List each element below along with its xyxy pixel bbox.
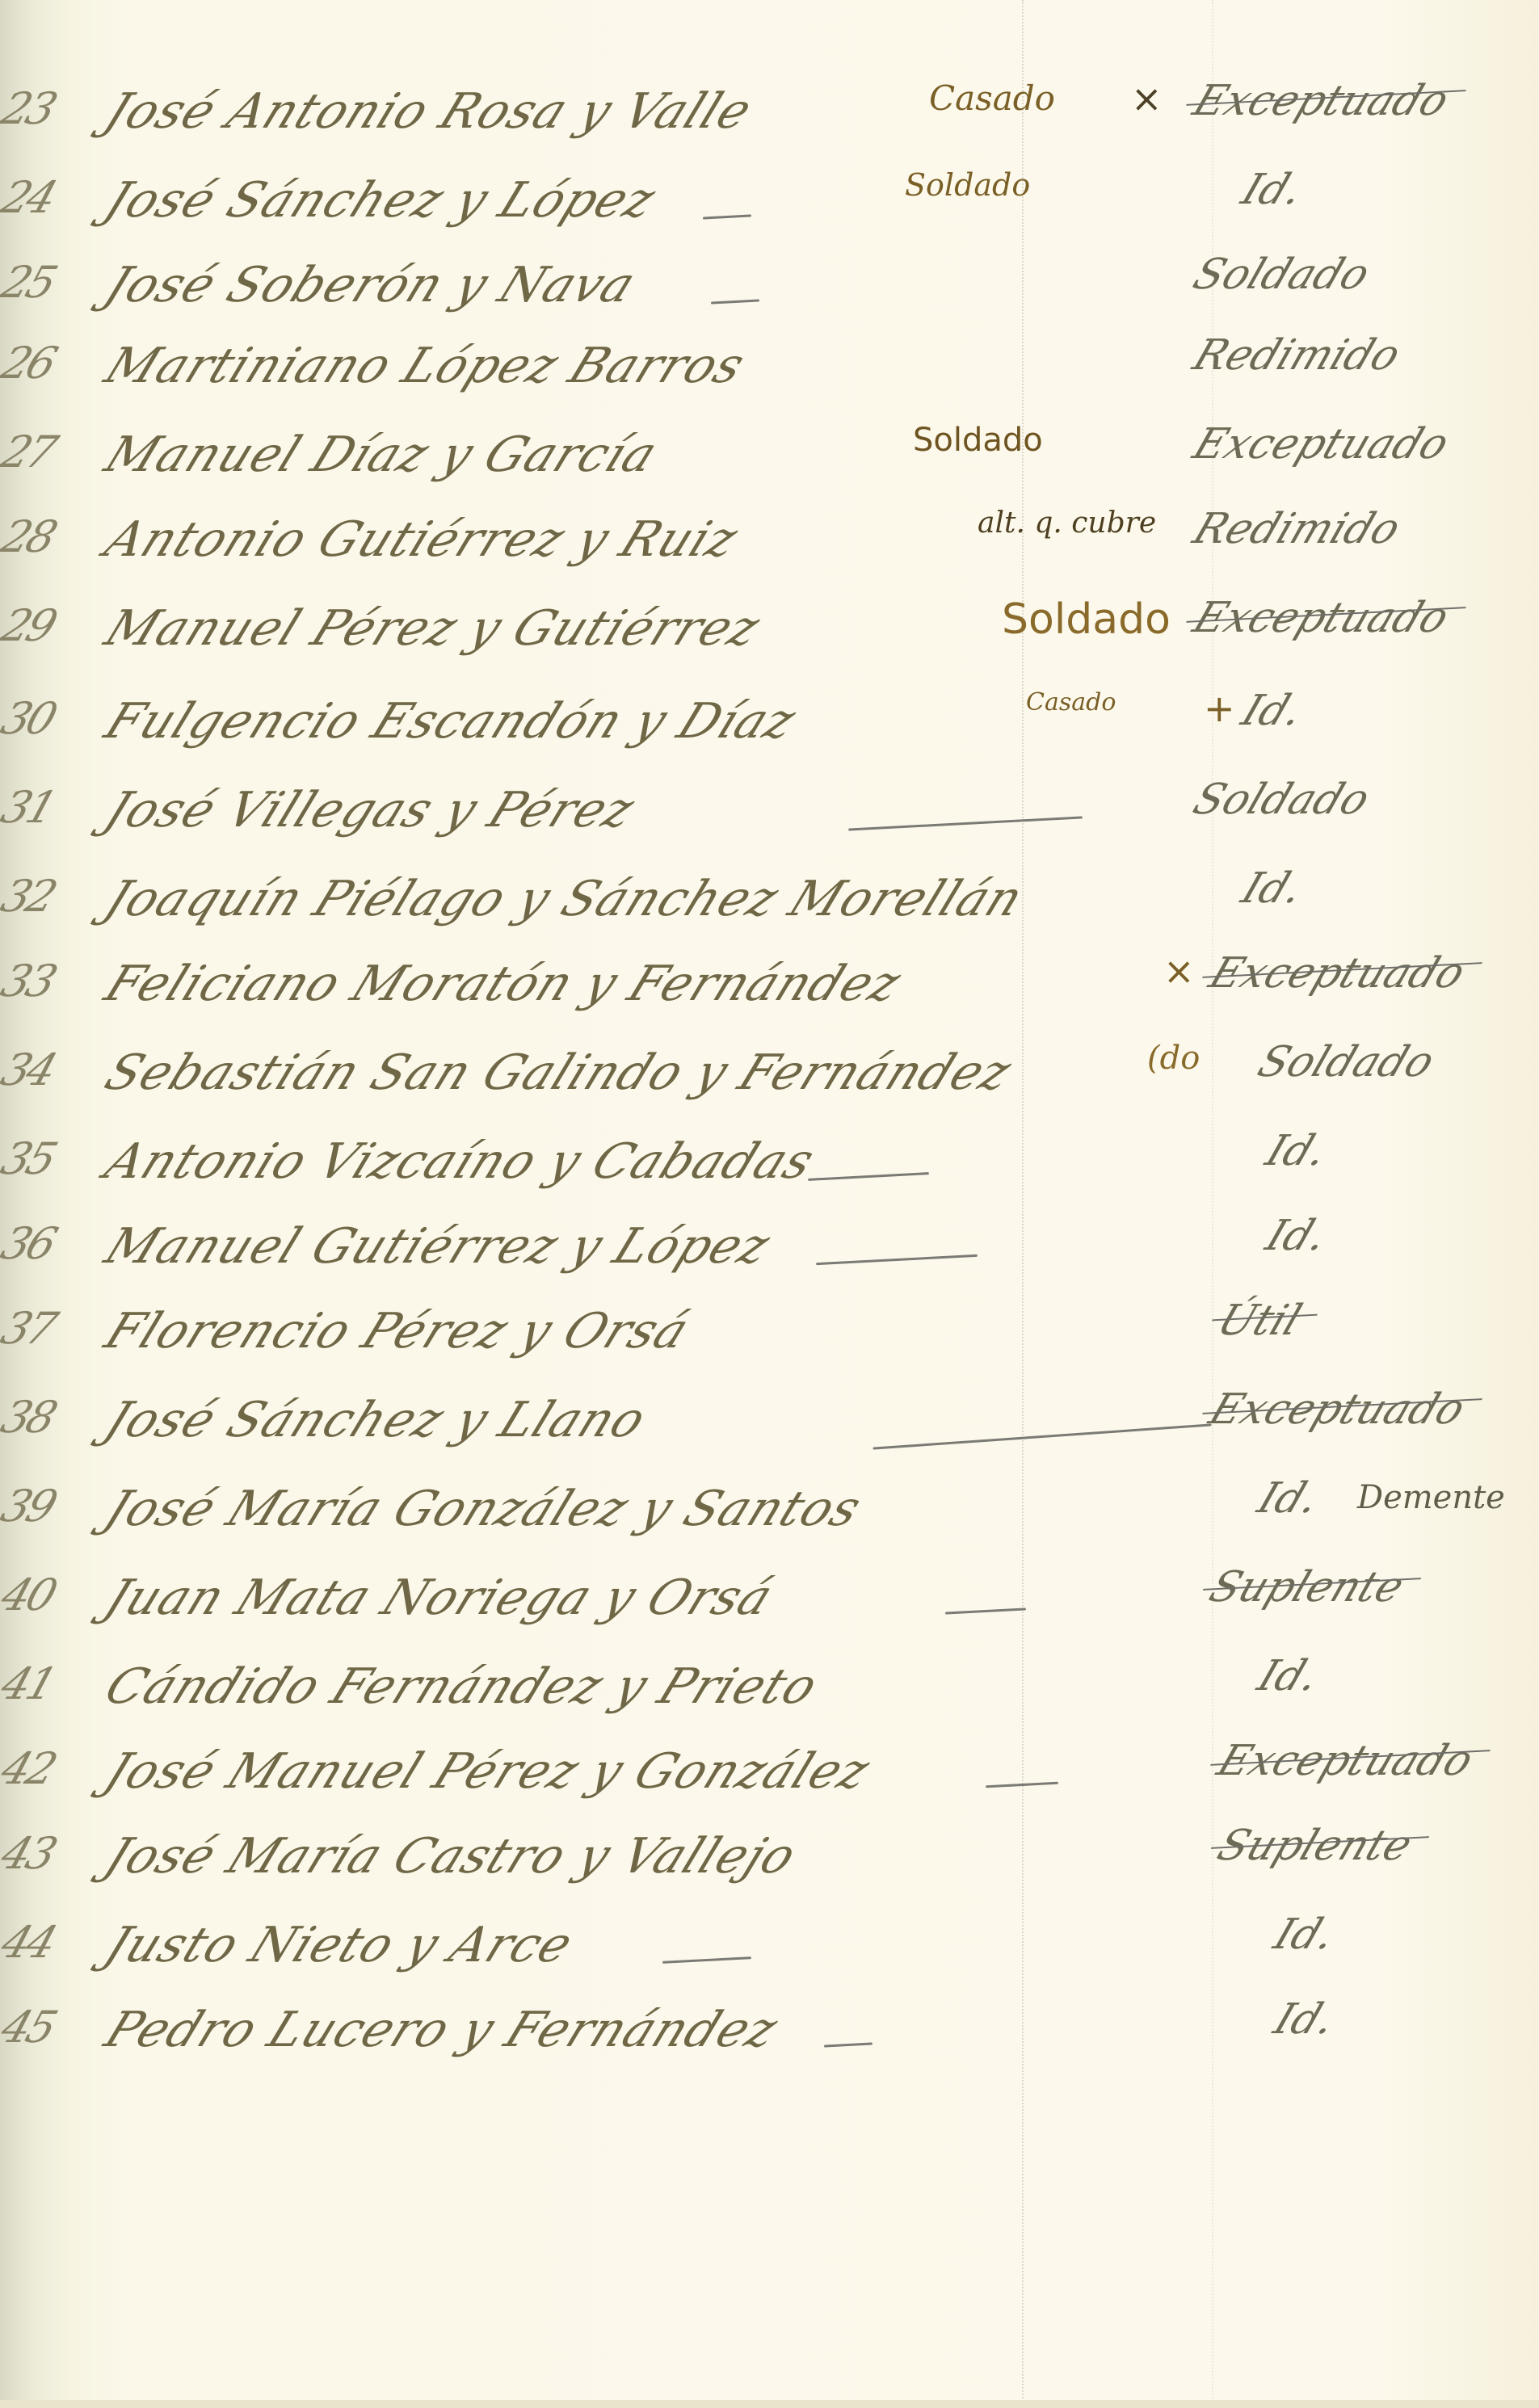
register-entry: 35 Antonio Vizcaíno y Cabadas Id.: [0, 1127, 1539, 1208]
entry-annotation: (do: [1147, 1040, 1200, 1077]
entry-annotation: alt. q. cubre: [978, 506, 1156, 540]
entry-status: Id.: [1259, 1212, 1334, 1260]
register-entry: 27 Manuel Díaz y García Soldado Exceptua…: [0, 420, 1539, 501]
entry-status: Id.: [1259, 1127, 1334, 1175]
register-entry: 40 Juan Mata Noriega y Orsá Suplente: [0, 1563, 1539, 1644]
entry-status: Exceptuado: [1203, 1385, 1471, 1434]
register-entry: 42 José Manuel Pérez y González Exceptua…: [0, 1737, 1539, 1818]
register-entry: 43 José María Castro y Vallejo Suplente: [0, 1822, 1539, 1902]
entry-status: Suplente: [1203, 1563, 1411, 1612]
register-entry: 36 Manuel Gutiérrez y López Id.: [0, 1212, 1539, 1292]
fill-dash: [848, 816, 1083, 830]
register-entry: 45 Pedro Lucero y Fernández Id.: [0, 1995, 1539, 2076]
register-entry: 31 José Villegas y Pérez Soldado: [0, 775, 1539, 856]
entry-number: 26: [0, 338, 61, 389]
register-entry: 26 Martiniano López Barros Redimido: [0, 331, 1539, 412]
entry-name: Antonio Gutiérrez y Ruiz: [97, 511, 746, 568]
entry-number: 37: [0, 1303, 61, 1354]
fill-dash: [662, 1956, 751, 1964]
fill-dash: [808, 1172, 929, 1181]
entry-number: 39: [0, 1481, 61, 1532]
entry-annotation: Casado: [929, 78, 1055, 118]
entry-name: José Antonio Rosa y Valle: [97, 83, 760, 140]
entry-number: 41: [0, 1658, 61, 1709]
register-entry: 39 José María González y Santos Id. Deme…: [0, 1474, 1539, 1555]
entry-status: Id.: [1235, 166, 1310, 214]
entry-name: Juan Mata Noriega y Orsá: [97, 1570, 781, 1626]
entry-status: Exceptuado: [1187, 594, 1455, 642]
entry-status: Exceptuado: [1203, 949, 1471, 998]
entry-status: Redimido: [1187, 331, 1407, 380]
register-entry: 25 José Soberón y Nava Soldado: [0, 250, 1539, 331]
fill-dash: [703, 214, 751, 219]
entry-name: Feliciano Moratón y Fernández: [97, 956, 910, 1012]
entry-status: Id.: [1268, 1910, 1342, 1959]
entry-number: 27: [0, 427, 61, 477]
entry-name: Florencio Pérez y Orsá: [97, 1303, 698, 1359]
entry-name: Fulgencio Escandón y Díaz: [97, 693, 805, 750]
entry-name: Sebastián San Galindo y Fernández: [97, 1044, 1020, 1101]
register-entry: 30 Fulgencio Escandón y Díaz Casado + Id…: [0, 687, 1539, 767]
entry-name: Joaquín Piélago y Sánchez Morellán: [97, 871, 1032, 927]
entry-status: Id.: [1251, 1652, 1326, 1700]
cross-mark-icon: ×: [1163, 949, 1195, 993]
entry-name: José María Castro y Vallejo: [97, 1828, 805, 1885]
entry-number: 34: [0, 1044, 61, 1095]
entry-status: Suplente: [1211, 1822, 1419, 1870]
entry-name: José Villegas y Pérez: [97, 782, 643, 838]
entry-status: Id.: [1235, 687, 1310, 735]
fill-dash: [945, 1607, 1026, 1614]
entry-annotation: Soldado: [913, 422, 1043, 459]
fill-dash: [986, 1782, 1058, 1788]
register-entry: 29 Manuel Pérez y Gutiérrez Soldado Exce…: [0, 594, 1539, 674]
entry-status: Soldado: [1187, 250, 1376, 299]
document-page: 23 José Antonio Rosa y Valle Casado × Ex…: [0, 0, 1539, 2408]
entry-name: José Sánchez y Llano: [97, 1392, 654, 1448]
entry-annotation: Casado: [1026, 688, 1116, 717]
entry-name: José Sánchez y López: [97, 172, 664, 229]
entry-name: Manuel Gutiérrez y López: [97, 1218, 779, 1275]
entry-status: Redimido: [1187, 505, 1407, 553]
register-entry: 24 José Sánchez y López Soldado Id.: [0, 166, 1539, 246]
entry-name: Martiniano López Barros: [97, 338, 754, 394]
entry-name: José Manuel Pérez y González: [97, 1743, 879, 1800]
entry-note: Demente: [1357, 1479, 1505, 1516]
entry-status: Exceptuado: [1187, 420, 1455, 469]
entry-name: Justo Nieto y Arce: [97, 1917, 582, 1973]
entry-number: 24: [0, 172, 61, 223]
register-entry: 23 José Antonio Rosa y Valle Casado × Ex…: [0, 77, 1539, 158]
fill-dash: [824, 2042, 873, 2047]
register-entry: 38 José Sánchez y Llano Exceptuado: [0, 1385, 1539, 1466]
entry-number: 36: [0, 1218, 61, 1269]
entry-number: 32: [0, 871, 61, 922]
entry-name: Cándido Fernández y Prieto: [97, 1658, 826, 1715]
entry-status: Soldado: [1187, 775, 1376, 824]
entry-number: 40: [0, 1570, 61, 1620]
entry-status: Exceptuado: [1211, 1737, 1479, 1785]
entry-number: 28: [0, 511, 61, 562]
page-bottom-edge: [0, 2400, 1539, 2408]
register-entry: 41 Cándido Fernández y Prieto Id.: [0, 1652, 1539, 1733]
entry-status: Id.: [1268, 1995, 1342, 2044]
register-entry: 32 Joaquín Piélago y Sánchez Morellán Id…: [0, 864, 1539, 945]
entry-number: 42: [0, 1743, 61, 1794]
entry-number: 29: [0, 600, 61, 651]
entry-number: 45: [0, 2002, 61, 2053]
entry-number: 30: [0, 693, 61, 744]
entry-status: Soldado: [1251, 1038, 1440, 1086]
entry-status: Útil: [1211, 1296, 1308, 1345]
entry-number: 38: [0, 1392, 61, 1443]
entry-number: 33: [0, 956, 61, 1006]
fill-dash: [873, 1423, 1211, 1449]
entry-number: 35: [0, 1133, 61, 1184]
entry-status: Id.: [1235, 864, 1310, 913]
fill-dash: [711, 299, 759, 304]
register-entry: 34 Sebastián San Galindo y Fernández (do…: [0, 1038, 1539, 1119]
entry-annotation: Soldado: [905, 167, 1030, 203]
entry-status: Id.: [1251, 1474, 1326, 1523]
entry-name: Pedro Lucero y Fernández: [97, 2002, 786, 2058]
entry-name: José Soberón y Nava: [97, 257, 644, 313]
entry-name: Antonio Vizcaíno y Cabadas: [97, 1133, 823, 1190]
entry-name: José María González y Santos: [97, 1481, 870, 1537]
register-entry: 37 Florencio Pérez y Orsá Útil: [0, 1296, 1539, 1377]
entry-number: 44: [0, 1917, 61, 1968]
entry-name: Manuel Pérez y Gutiérrez: [97, 600, 768, 657]
entry-number: 43: [0, 1828, 61, 1879]
entry-number: 31: [0, 782, 61, 833]
fill-dash: [816, 1254, 978, 1265]
entry-annotation: Soldado: [1002, 595, 1171, 644]
register-entry: 33 Feliciano Moratón y Fernández × Excep…: [0, 949, 1539, 1030]
cross-mark-icon: +: [1204, 687, 1235, 730]
register-entry: 28 Antonio Gutiérrez y Ruiz alt. q. cubr…: [0, 505, 1539, 586]
entry-number: 23: [0, 83, 61, 134]
cross-mark-icon: ×: [1131, 77, 1163, 120]
entry-status: Exceptuado: [1187, 77, 1455, 125]
entry-name: Manuel Díaz y García: [97, 427, 666, 483]
register-entry: 44 Justo Nieto y Arce Id.: [0, 1910, 1539, 1991]
entry-number: 25: [0, 257, 61, 308]
